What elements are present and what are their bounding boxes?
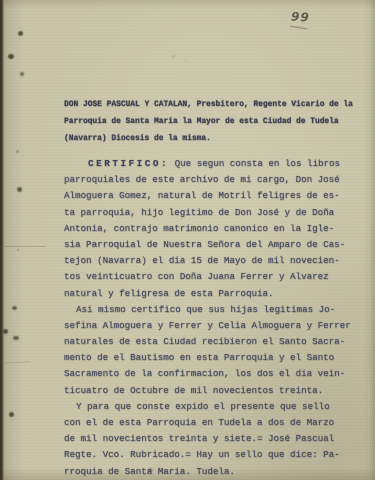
ink-stain — [172, 55, 175, 58]
ink-stain — [18, 31, 23, 36]
typed-line: rroquia de Santa Maria. Tudela. — [64, 464, 364, 480]
typed-line: tejon (Navarra) el dia 15 de Mayo de mil… — [64, 253, 364, 269]
ink-stain — [12, 306, 17, 310]
typed-line: ticuatro de Octubre de mil novecientos t… — [64, 383, 364, 399]
certify-label: CERTIFICO: — [88, 158, 169, 169]
typed-line: parroquiales de este archivo de mi cargo… — [64, 172, 364, 188]
certify-paragraph: CERTIFICO: Que segun consta en los libro… — [64, 156, 364, 302]
baptism-paragraph: Asi mismo certifico que sus hijas legiti… — [64, 302, 364, 399]
typed-line: mento de el Bautismo en esta Parroquia y… — [64, 350, 364, 366]
typed-line: CERTIFICO: Que segun consta en los libro… — [64, 156, 364, 172]
typed-line: de mil novecientos treinta y siete.= Jos… — [64, 431, 364, 447]
ink-stain — [3, 329, 8, 334]
typed-line: Antonia, contrajo matrimonio canonico en… — [64, 221, 364, 237]
ink-stain — [148, 468, 153, 472]
page-number-underline — [290, 26, 307, 30]
certify-body-lines: parroquiales de este archivo de mi cargo… — [64, 172, 364, 302]
scanned-certificate-page: 99 DON JOSE PASCUAL Y CATALAN, Presbiter… — [0, 0, 375, 480]
typed-text-block: DON JOSE PASCUAL Y CATALAN, Presbitero, … — [64, 96, 364, 480]
typed-line: (Navarra) Diocesis de la misma. — [64, 130, 364, 147]
ink-stain — [8, 54, 14, 59]
ink-stain — [185, 60, 187, 62]
typed-line: Regte. Vco. Rubricado.= Hay un sello que… — [64, 447, 364, 463]
typed-line: Asi mismo certifico que sus hijas legiti… — [64, 302, 364, 318]
typed-line: sefina Almoguera y Ferrer y Celia Almogu… — [64, 318, 364, 334]
typed-line: tos veinticuatro con Doña Juana Ferrer y… — [64, 269, 364, 285]
typed-line: Y para que conste expido el presente que… — [64, 399, 364, 415]
typed-line: naturales de esta Ciudad recibieron el S… — [64, 334, 364, 350]
typed-line: Parroquia de Santa Maria la Mayor de est… — [64, 113, 364, 130]
typed-line: Sacramento de la confirmacion, los dos e… — [64, 366, 364, 382]
document-heading: DON JOSE PASCUAL Y CATALAN, Presbitero, … — [64, 96, 364, 147]
paper-crease — [0, 361, 30, 364]
binding-edge-shadow — [0, 0, 4, 480]
typed-line: con el de esta Parroquia en Tudela a dos… — [64, 415, 364, 431]
closing-paragraph: Y para que conste expido el presente que… — [64, 399, 364, 480]
handwritten-page-number: 99 — [291, 9, 311, 24]
ink-stain — [20, 72, 24, 76]
paper-crease — [0, 246, 46, 247]
ink-stain — [17, 187, 22, 192]
ink-stain — [16, 150, 19, 153]
typed-line: DON JOSE PASCUAL Y CATALAN, Presbitero, … — [64, 96, 364, 113]
ink-stain — [9, 412, 14, 417]
typed-line: sia Parroquial de Nuestra Señora del Amp… — [64, 237, 364, 253]
typed-line: ta parroquia, hijo legitimo de Don José … — [64, 205, 364, 221]
certify-first-line-text: Que segun consta en los libros — [169, 158, 340, 169]
typed-line: natural y feligresa de esta Parroquia. — [64, 286, 364, 302]
ink-stain — [17, 249, 19, 251]
typed-line: Almoguera Gomez, natural de Motril felig… — [64, 188, 364, 204]
ink-stain — [13, 336, 19, 340]
